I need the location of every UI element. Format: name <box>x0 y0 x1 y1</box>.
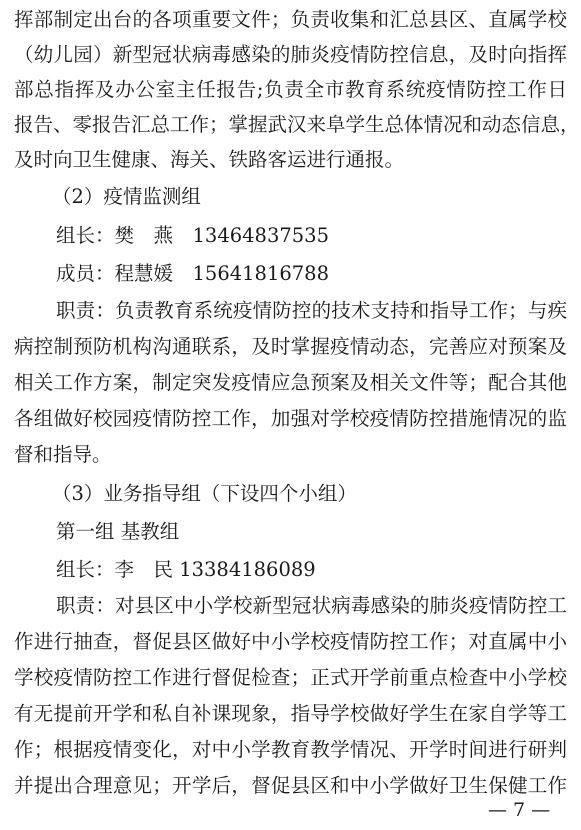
section-heading-epidemic-monitoring: （2）疫情监测组 <box>52 185 563 209</box>
paragraph-line: 职责：对县区中小学校新型冠状病毒感染的肺炎疫情防控工 <box>56 594 567 618</box>
paragraph-line: 学校疫情防控工作进行督促检查；正式开学前重点检查中小学校 <box>14 666 567 690</box>
paragraph-line: 有无提前开学和私自补课现象，指导学校做好学生在家自学等工 <box>14 702 567 726</box>
paragraph-line: 病控制预防机构沟通联系，及时掌握疫情动态，完善应对预案及 <box>14 335 567 359</box>
paragraph-line: 及时向卫生健康、海关、铁路客运进行通报。 <box>14 148 567 172</box>
paragraph-line: 作进行抽查，督促县区做好中小学校疫情防控工作；对直属中小 <box>14 630 567 654</box>
paragraph-line: 督和指导。 <box>14 443 567 467</box>
paragraph-line: 作；根据疫情变化，对中小学教育教学情况、开学时间进行研判 <box>14 738 567 762</box>
group-member-line: 成员：程慧媛 15641816788 <box>56 262 567 286</box>
paragraph-line: 职责：负责教育系统疫情防控的技术支持和指导工作；与疾 <box>56 299 567 323</box>
page-number: — 7 — <box>488 798 550 822</box>
paragraph-line: 各组做好校园疫情防控工作，加强对学校疫情防控措施情况的监 <box>14 407 567 431</box>
group-leader-line: 组长：李 民 13384186089 <box>56 558 567 582</box>
paragraph-line: （幼儿园）新型冠状病毒感染的肺炎疫情防控信息，及时向指挥 <box>14 43 567 67</box>
paragraph-line: 报告、零报告汇总工作；掌握武汉来阜学生总体情况和动态信息， <box>14 113 567 137</box>
paragraph-line: 并提出合理意见；开学后，督促县区和中小学做好卫生保健工作 <box>14 774 567 798</box>
paragraph-line: 相关工作方案，制定突发疫情应急预案及相关文件等；配合其他 <box>14 371 567 395</box>
section-heading-business-guidance: （3）业务指导组（下设四个小组） <box>52 482 563 506</box>
paragraph-line: 部总指挥及办公室主任报告;负责全市教育系统疫情防控工作日 <box>14 78 567 102</box>
paragraph-line: 挥部制定出台的各项重要文件；负责收集和汇总县区、直属学校 <box>14 8 567 32</box>
subgroup-heading: 第一组 基教组 <box>56 520 567 544</box>
group-leader-line: 组长：樊 燕 13464837535 <box>56 224 567 248</box>
